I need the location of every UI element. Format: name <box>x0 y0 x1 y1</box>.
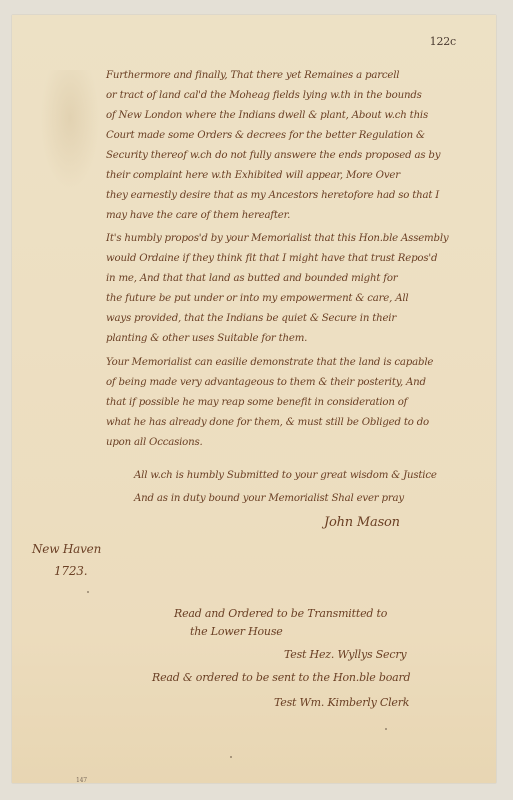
body-line: Your Memorialist can easilie demonstrate… <box>106 357 433 368</box>
endorsement-signature: Test Wm. Kimberly Clerk <box>274 696 409 709</box>
body-line: upon all Occasions. <box>106 437 203 448</box>
body-line: planting & other uses Suitable for them. <box>106 333 307 344</box>
ink-spot <box>385 728 387 730</box>
endorsement-line: Read & ordered to be sent to the Hon.ble… <box>152 671 410 684</box>
body-line: It's humbly propos'd by your Memorialist… <box>106 233 448 244</box>
ink-spot <box>87 591 89 593</box>
body-line: may have the care of them hereafter. <box>106 210 290 221</box>
date-note: 1723. <box>54 564 87 578</box>
body-line: ways provided, that the Indians be quiet… <box>106 313 396 324</box>
place-note: New Haven <box>32 542 101 556</box>
manuscript-page: 122c Furthermore and finally, That there… <box>12 15 496 783</box>
body-line: they earnestly desire that as my Ancesto… <box>106 190 439 201</box>
closing-line: And as in duty bound your Memorialist Sh… <box>134 493 404 504</box>
body-line: that if possible he may reap some benefi… <box>106 397 407 408</box>
body-line: their complaint here w.th Exhibited will… <box>106 170 400 181</box>
closing-line: All w.ch is humbly Submitted to your gre… <box>134 470 437 481</box>
body-line: of being made very advantageous to them … <box>106 377 426 388</box>
signature: John Mason <box>324 515 400 530</box>
body-line: the future be put under or into my empow… <box>106 293 409 304</box>
body-line: or tract of land cal'd the Moheag fields… <box>106 90 422 101</box>
body-line: Furthermore and finally, That there yet … <box>106 70 399 81</box>
ink-bleed-through <box>40 70 100 190</box>
folio-number: 122c <box>430 35 456 48</box>
endorsement-line: Read and Ordered to be Transmitted to <box>174 607 387 620</box>
body-line: of New London where the Indians dwell & … <box>106 110 428 121</box>
body-line: Court made some Orders & decrees for the… <box>106 130 425 141</box>
body-line: what he has already done for them, & mus… <box>106 417 429 428</box>
body-line: in me, And that that land as butted and … <box>106 273 397 284</box>
body-line: Security thereof w.ch do not fully answe… <box>106 150 440 161</box>
endorsement-signature: Test Hez. Wyllys Secry <box>284 648 406 661</box>
body-line: would Ordaine if they think fit that I m… <box>106 253 437 264</box>
footer-number: 147 <box>76 777 87 784</box>
ink-spot <box>230 756 232 758</box>
endorsement-line: the Lower House <box>190 625 283 638</box>
